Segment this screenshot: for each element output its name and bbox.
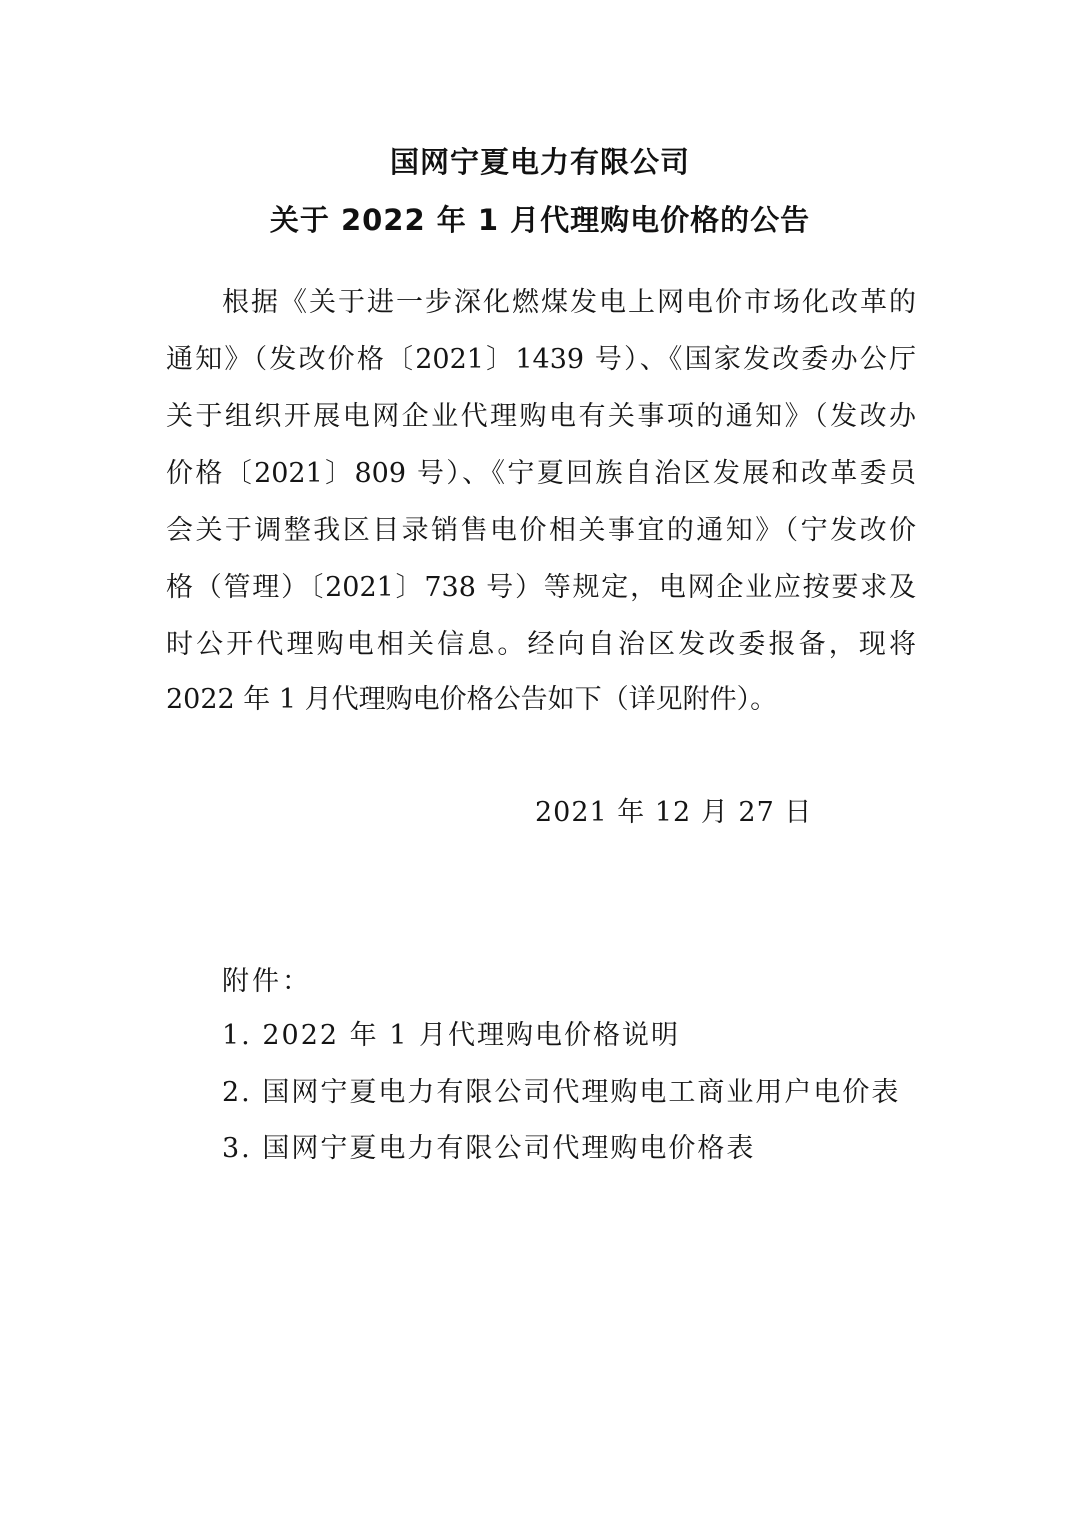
body-line: 会关于调整我区目录销售电价相关事宜的通知》（宁发改价 bbox=[166, 512, 916, 550]
document-date: 2021 年 12 月 27 日 bbox=[535, 794, 812, 832]
document-title-company: 国网宁夏电力有限公司 bbox=[0, 140, 1080, 181]
body-line: 2022 年 1 月代理购电价格公告如下（详见附件）。 bbox=[166, 681, 916, 719]
body-line: 格（管理）〔2021〕738 号）等规定，电网企业应按要求及 bbox=[166, 569, 916, 607]
attachment-item: 3. 国网宁夏电力有限公司代理购电价格表 bbox=[222, 1130, 755, 1168]
body-line: 通知》（发改价格〔2021〕1439 号）、《国家发改委办公厅 bbox=[166, 341, 916, 379]
attachment-item: 1. 2022 年 1 月代理购电价格说明 bbox=[222, 1017, 680, 1055]
document-title-subject: 关于 2022 年 1 月代理购电价格的公告 bbox=[0, 198, 1080, 239]
body-line: 时公开代理购电相关信息。经向自治区发改委报备，现将 bbox=[166, 626, 916, 664]
body-line: 关于组织开展电网企业代理购电有关事项的通知》（发改办 bbox=[166, 398, 916, 436]
body-line: 价格〔2021〕809 号）、《宁夏回族自治区发展和改革委员 bbox=[166, 455, 916, 493]
attachments-label: 附件： bbox=[222, 963, 312, 1001]
document-page: 国网宁夏电力有限公司 关于 2022 年 1 月代理购电价格的公告 根据《关于进… bbox=[0, 0, 1080, 1527]
attachment-item: 2. 国网宁夏电力有限公司代理购电工商业用户电价表 bbox=[222, 1074, 900, 1112]
body-line: 根据《关于进一步深化燃煤发电上网电价市场化改革的 bbox=[222, 284, 916, 322]
